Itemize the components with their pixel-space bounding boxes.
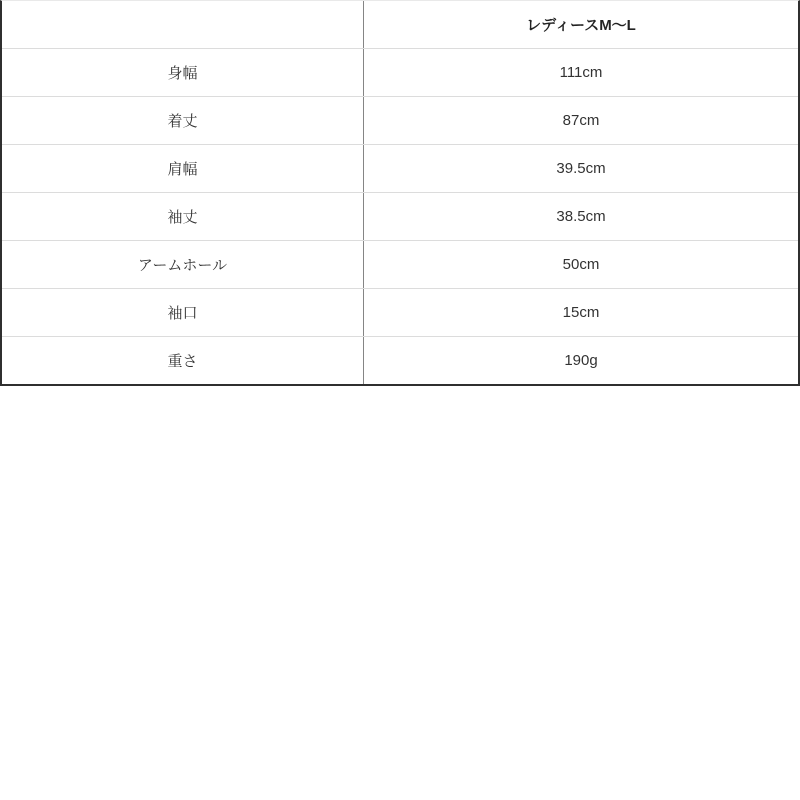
row-value-armhole: 50cm (364, 241, 798, 288)
row-label-body-width: 身幅 (2, 49, 364, 96)
table-row: アームホール 50cm (2, 241, 798, 289)
size-spec-table: レディースM〜L 身幅 111cm 着丈 87cm 肩幅 39.5cm 袖丈 3… (0, 0, 800, 386)
row-label-shoulder-width: 肩幅 (2, 145, 364, 192)
table-row: 身幅 111cm (2, 49, 798, 97)
table-row: 袖丈 38.5cm (2, 193, 798, 241)
table-row: 袖口 15cm (2, 289, 798, 337)
table-row: 肩幅 39.5cm (2, 145, 798, 193)
row-value-body-width: 111cm (364, 49, 798, 96)
header-empty-cell (2, 1, 364, 48)
row-value-sleeve-length: 38.5cm (364, 193, 798, 240)
row-value-cuff: 15cm (364, 289, 798, 336)
table-row: 着丈 87cm (2, 97, 798, 145)
size-column-header: レディースM〜L (364, 1, 798, 48)
row-value-length: 87cm (364, 97, 798, 144)
row-value-weight: 190g (364, 337, 798, 384)
row-label-cuff: 袖口 (2, 289, 364, 336)
table-row: 重さ 190g (2, 337, 798, 384)
row-label-armhole: アームホール (2, 241, 364, 288)
row-label-weight: 重さ (2, 337, 364, 384)
row-label-length: 着丈 (2, 97, 364, 144)
row-value-shoulder-width: 39.5cm (364, 145, 798, 192)
table-header-row: レディースM〜L (2, 1, 798, 49)
page-canvas: レディースM〜L 身幅 111cm 着丈 87cm 肩幅 39.5cm 袖丈 3… (0, 0, 800, 800)
row-label-sleeve-length: 袖丈 (2, 193, 364, 240)
